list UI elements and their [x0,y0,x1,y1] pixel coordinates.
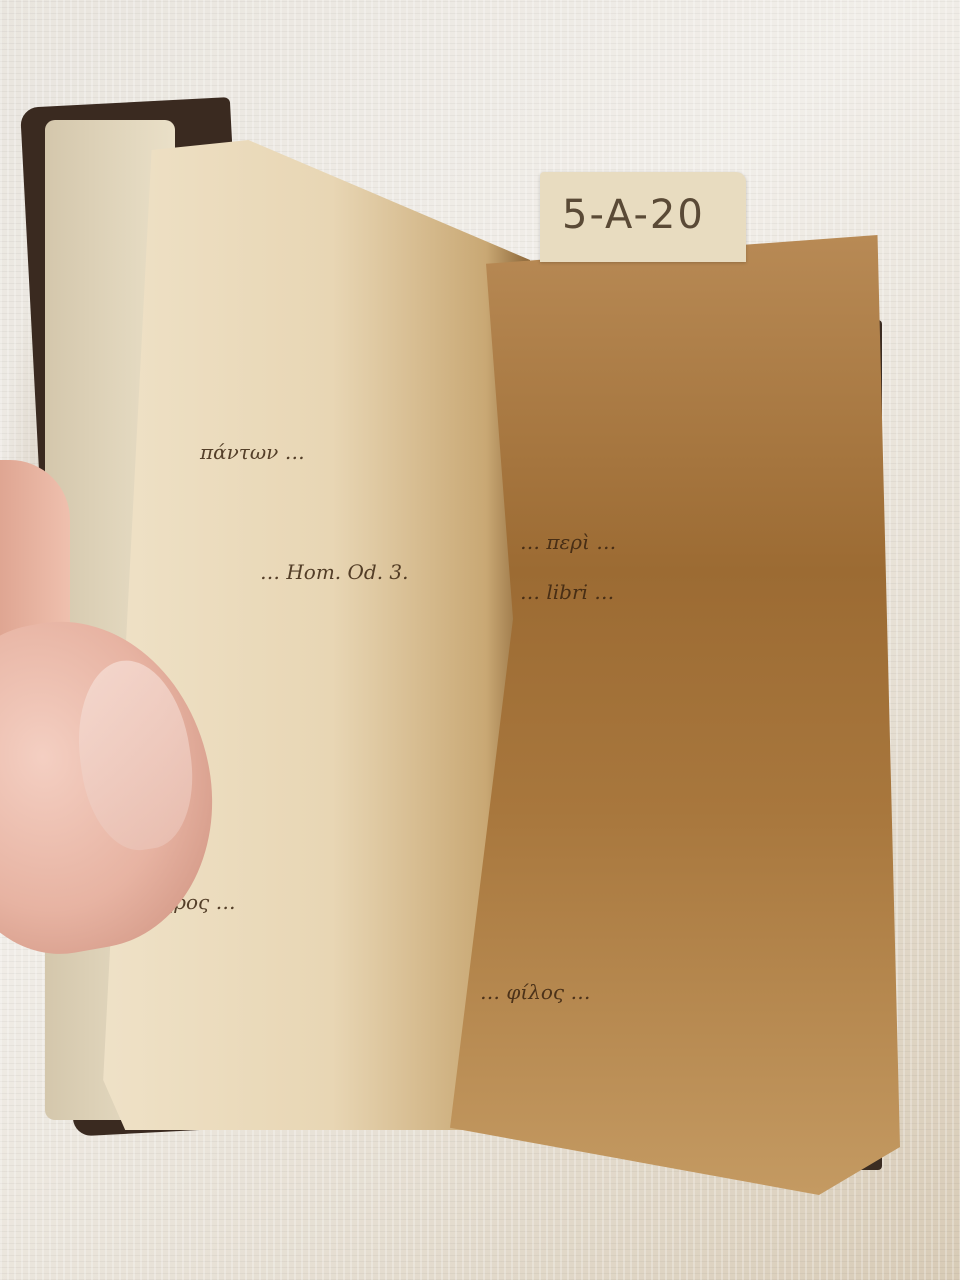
right-page-text: … περὶ … [520,530,616,554]
shelfmark-tag: 5-A-20 [540,172,746,262]
left-page-text: … Hom. Od. 3. [260,560,409,584]
left-page-text: πάντων … [200,440,305,464]
manuscript-book [20,100,920,1190]
right-page-text: … φίλος … [480,980,590,1004]
shelfmark-label: 5-A-20 [562,192,705,238]
right-page-text: … libri … [520,580,614,604]
right-page [450,235,900,1195]
left-page [90,130,530,1130]
